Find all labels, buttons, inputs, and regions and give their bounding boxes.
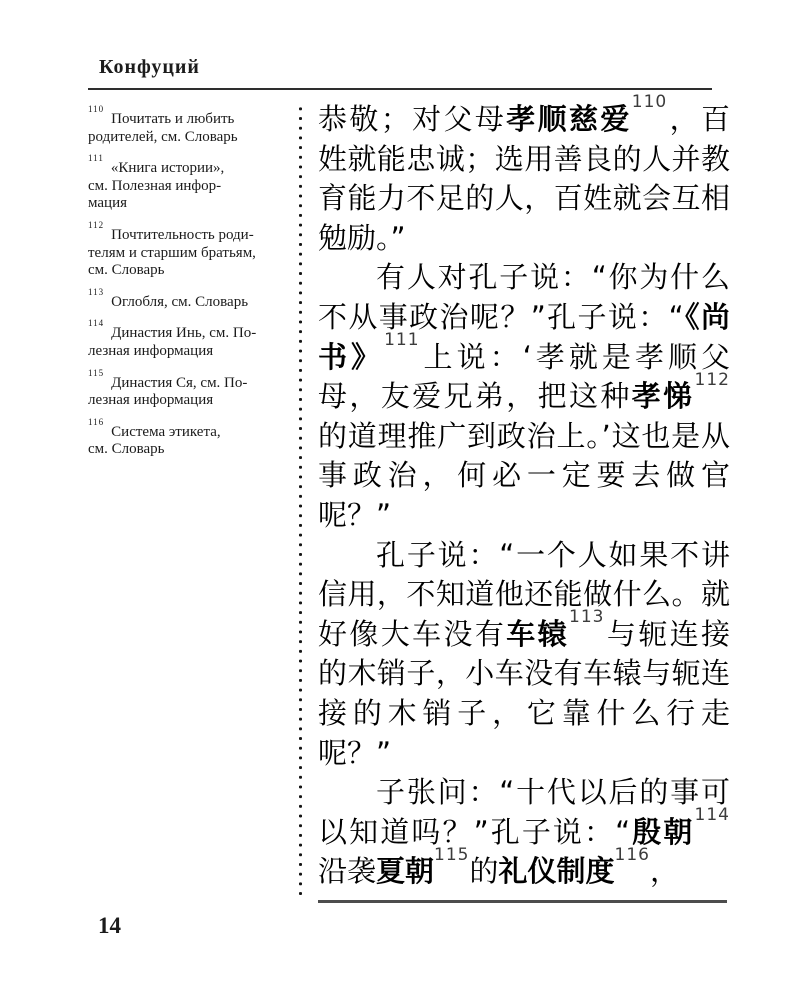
paragraph-1: 恭敬；对父母孝顺慈爱110，百姓就能忠诚；选用善良的人并教育能力不足的人，百姓就… — [318, 100, 730, 258]
glossary-term: 殷朝 — [630, 815, 694, 849]
footnote-111: 111«Книга истории», см. Полезная инфор- … — [88, 155, 302, 213]
text-run: 沿袭 — [318, 854, 376, 888]
footnote-114: 114Династия Инь, см. По- лезная информац… — [88, 320, 302, 360]
glossary-term: 夏朝 — [376, 854, 434, 888]
glossary-term: 孝顺慈爱 — [506, 102, 632, 136]
text-run: 恭敬；对父母 — [318, 102, 506, 136]
paragraph-3: 孔子说：“一个人如果不讲信用，不知道他还能做什么。就好像大车没有车辕113与轭连… — [318, 536, 730, 774]
footnote-number: 114 — [88, 315, 104, 333]
note-ref-113: 113 — [569, 607, 604, 627]
paragraph-4: 子张问：“十代以后的事可以知道吗？”孔子说：“殷朝114沿袭夏朝115的礼仪制度… — [318, 773, 730, 892]
footnote-number: 111 — [88, 150, 104, 168]
note-ref-111: 111 — [384, 330, 419, 350]
footnote-text: Почтительность роди- телям и старшим бра… — [88, 227, 256, 278]
footnote-text: Оглобля, см. Словарь — [111, 294, 248, 310]
footnote-115: 115Династия Ся, см. По- лезная информаци… — [88, 370, 302, 410]
footnote-text: Система этикета, см. Словарь — [88, 424, 221, 458]
footnote-number: 116 — [88, 414, 104, 432]
note-ref-115: 115 — [434, 845, 469, 865]
page-number: 14 — [98, 913, 121, 939]
glossary-term: 孝悌 — [632, 379, 695, 413]
note-ref-110: 110 — [632, 92, 667, 112]
text-run: 的 — [469, 854, 498, 888]
footnote-text: Династия Инь, см. По- лезная информация — [88, 325, 256, 359]
section-end-rule — [318, 900, 727, 903]
dotted-divider — [297, 104, 304, 896]
book-page: Конфуций 110Почитать и любить родителей,… — [0, 0, 800, 1000]
text-run: 的道理推广到政治上。’这也是从事政治，何必一定要去做官呢？” — [318, 419, 730, 532]
running-head-title: Конфуций — [99, 56, 200, 79]
glossary-term: 礼仪制度 — [499, 854, 615, 888]
footnote-110: 110Почитать и любить родителей, см. Слов… — [88, 106, 302, 146]
footnote-text: Династия Ся, см. По- лезная информация — [88, 375, 247, 409]
footnote-113: 113Оглобля, см. Словарь — [88, 289, 302, 312]
footnote-text: «Книга истории», см. Полезная инфор- мац… — [88, 160, 224, 211]
footnote-number: 115 — [88, 365, 104, 383]
main-text-column: 恭敬；对父母孝顺慈爱110，百姓就能忠诚；选用善良的人并教育能力不足的人，百姓就… — [318, 100, 730, 892]
glossary-term: 车辕 — [506, 617, 569, 651]
footnote-number: 110 — [88, 101, 104, 119]
header-rule — [88, 88, 712, 90]
footnotes-sidebar: 110Почитать и любить родителей, см. Слов… — [88, 106, 302, 468]
text-run: 有人对孔子说：“你为什么不从事政治呢？”孔子说：“ — [318, 260, 730, 334]
text-run: ， — [650, 854, 679, 888]
footnote-number: 112 — [88, 217, 104, 235]
note-ref-114: 114 — [695, 805, 730, 825]
footnote-112: 112Почтительность роди- телям и старшим … — [88, 222, 302, 280]
footnote-116: 116Система этикета, см. Словарь — [88, 419, 302, 459]
footnote-number: 113 — [88, 284, 104, 302]
paragraph-2: 有人对孔子说：“你为什么不从事政治呢？”孔子说：“《尚书》111上说：‘孝就是孝… — [318, 258, 730, 535]
note-ref-116: 116 — [615, 845, 650, 865]
footnote-text: Почитать и любить родителей, см. Словарь — [88, 111, 238, 145]
note-ref-112: 112 — [695, 370, 730, 390]
